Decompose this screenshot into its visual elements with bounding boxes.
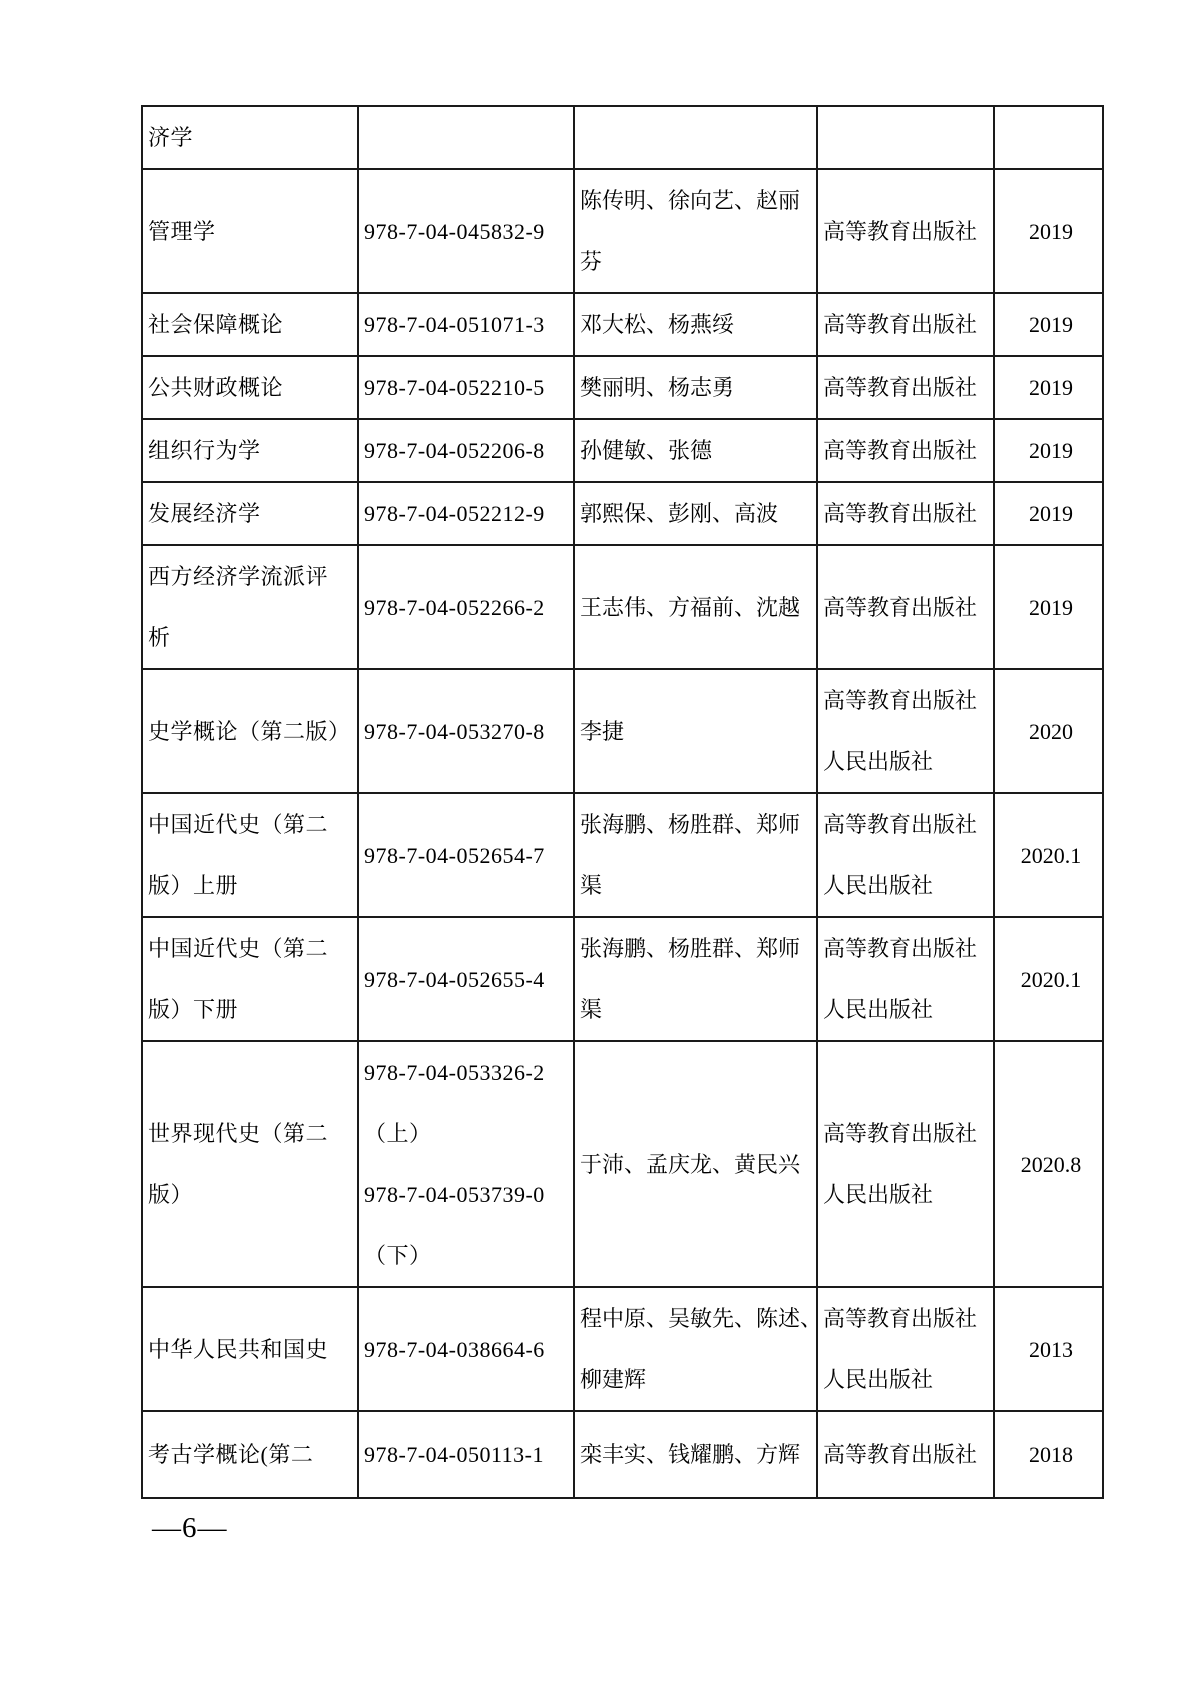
- table-row: 中华人民共和国史978-7-04-038664-6程中原、吴敏先、陈述、 柳建辉…: [142, 1287, 1103, 1411]
- cell-authors: [574, 106, 817, 169]
- books-table-body: 济学管理学978-7-04-045832-9陈传明、徐向艺、赵丽 芬高等教育出版…: [142, 106, 1103, 1498]
- cell-year: [994, 106, 1103, 169]
- cell-isbn: 978-7-04-038664-6: [358, 1287, 574, 1411]
- cell-title: 发展经济学: [142, 482, 358, 545]
- cell-authors: 孙健敏、张德: [574, 419, 817, 482]
- cell-title: 济学: [142, 106, 358, 169]
- cell-isbn: [358, 106, 574, 169]
- cell-title: 西方经济学流派评 析: [142, 545, 358, 669]
- cell-authors: 王志伟、方福前、沈越: [574, 545, 817, 669]
- cell-isbn: 978-7-04-052212-9: [358, 482, 574, 545]
- cell-title: 世界现代史（第二 版）: [142, 1041, 358, 1287]
- cell-isbn: 978-7-04-045832-9: [358, 169, 574, 293]
- cell-year: 2019: [994, 356, 1103, 419]
- cell-authors: 张海鹏、杨胜群、郑师 渠: [574, 917, 817, 1041]
- cell-publisher: 高等教育出版社 人民出版社: [817, 917, 994, 1041]
- cell-authors: 樊丽明、杨志勇: [574, 356, 817, 419]
- cell-year: 2013: [994, 1287, 1103, 1411]
- cell-authors: 程中原、吴敏先、陈述、 柳建辉: [574, 1287, 817, 1411]
- table-row: 中国近代史（第二 版）下册978-7-04-052655-4张海鹏、杨胜群、郑师…: [142, 917, 1103, 1041]
- cell-title: 史学概论（第二版）: [142, 669, 358, 793]
- cell-year: 2019: [994, 169, 1103, 293]
- cell-publisher: 高等教育出版社: [817, 169, 994, 293]
- table-row: 世界现代史（第二 版）978-7-04-053326-2 （上） 978-7-0…: [142, 1041, 1103, 1287]
- books-table: 济学管理学978-7-04-045832-9陈传明、徐向艺、赵丽 芬高等教育出版…: [141, 105, 1104, 1499]
- cell-publisher: 高等教育出版社: [817, 419, 994, 482]
- table-row: 考古学概论(第二978-7-04-050113-1栾丰实、钱耀鹏、方辉高等教育出…: [142, 1411, 1103, 1498]
- cell-authors: 张海鹏、杨胜群、郑师 渠: [574, 793, 817, 917]
- cell-year: 2019: [994, 482, 1103, 545]
- cell-isbn: 978-7-04-052206-8: [358, 419, 574, 482]
- table-row: 组织行为学978-7-04-052206-8孙健敏、张德高等教育出版社2019: [142, 419, 1103, 482]
- cell-title: 中国近代史（第二 版）上册: [142, 793, 358, 917]
- cell-isbn: 978-7-04-052266-2: [358, 545, 574, 669]
- cell-year: 2020.8: [994, 1041, 1103, 1287]
- table-row: 公共财政概论978-7-04-052210-5樊丽明、杨志勇高等教育出版社201…: [142, 356, 1103, 419]
- cell-isbn: 978-7-04-052654-7: [358, 793, 574, 917]
- cell-authors: 于沛、孟庆龙、黄民兴: [574, 1041, 817, 1287]
- cell-year: 2019: [994, 419, 1103, 482]
- cell-title: 考古学概论(第二: [142, 1411, 358, 1498]
- table-row: 中国近代史（第二 版）上册978-7-04-052654-7张海鹏、杨胜群、郑师…: [142, 793, 1103, 917]
- cell-publisher: 高等教育出版社: [817, 356, 994, 419]
- table-row: 西方经济学流派评 析978-7-04-052266-2王志伟、方福前、沈越高等教…: [142, 545, 1103, 669]
- cell-publisher: 高等教育出版社: [817, 1411, 994, 1498]
- cell-title: 组织行为学: [142, 419, 358, 482]
- cell-year: 2019: [994, 545, 1103, 669]
- cell-publisher: 高等教育出版社 人民出版社: [817, 1287, 994, 1411]
- table-row: 济学: [142, 106, 1103, 169]
- cell-publisher: 高等教育出版社 人民出版社: [817, 1041, 994, 1287]
- cell-isbn: 978-7-04-050113-1: [358, 1411, 574, 1498]
- cell-isbn: 978-7-04-053270-8: [358, 669, 574, 793]
- cell-isbn: 978-7-04-052655-4: [358, 917, 574, 1041]
- table-row: 社会保障概论978-7-04-051071-3邓大松、杨燕绥高等教育出版社201…: [142, 293, 1103, 356]
- cell-isbn: 978-7-04-052210-5: [358, 356, 574, 419]
- cell-authors: 陈传明、徐向艺、赵丽 芬: [574, 169, 817, 293]
- cell-title: 中华人民共和国史: [142, 1287, 358, 1411]
- cell-publisher: 高等教育出版社 人民出版社: [817, 669, 994, 793]
- cell-title: 中国近代史（第二 版）下册: [142, 917, 358, 1041]
- cell-publisher: 高等教育出版社 人民出版社: [817, 793, 994, 917]
- cell-publisher: [817, 106, 994, 169]
- cell-isbn: 978-7-04-053326-2 （上） 978-7-04-053739-0 …: [358, 1041, 574, 1287]
- cell-year: 2020: [994, 669, 1103, 793]
- cell-authors: 邓大松、杨燕绥: [574, 293, 817, 356]
- cell-title: 公共财政概论: [142, 356, 358, 419]
- cell-publisher: 高等教育出版社: [817, 293, 994, 356]
- cell-year: 2019: [994, 293, 1103, 356]
- cell-title: 社会保障概论: [142, 293, 358, 356]
- table-row: 发展经济学978-7-04-052212-9郭熙保、彭刚、高波高等教育出版社20…: [142, 482, 1103, 545]
- cell-authors: 李捷: [574, 669, 817, 793]
- cell-isbn: 978-7-04-051071-3: [358, 293, 574, 356]
- cell-authors: 栾丰实、钱耀鹏、方辉: [574, 1411, 817, 1498]
- document-page: 济学管理学978-7-04-045832-9陈传明、徐向艺、赵丽 芬高等教育出版…: [0, 0, 1191, 1684]
- cell-year: 2020.1: [994, 793, 1103, 917]
- cell-year: 2020.1: [994, 917, 1103, 1041]
- cell-publisher: 高等教育出版社: [817, 545, 994, 669]
- cell-publisher: 高等教育出版社: [817, 482, 994, 545]
- cell-authors: 郭熙保、彭刚、高波: [574, 482, 817, 545]
- table-row: 管理学978-7-04-045832-9陈传明、徐向艺、赵丽 芬高等教育出版社2…: [142, 169, 1103, 293]
- cell-year: 2018: [994, 1411, 1103, 1498]
- table-row: 史学概论（第二版）978-7-04-053270-8李捷高等教育出版社 人民出版…: [142, 669, 1103, 793]
- page-number: —6—: [152, 1508, 228, 1548]
- cell-title: 管理学: [142, 169, 358, 293]
